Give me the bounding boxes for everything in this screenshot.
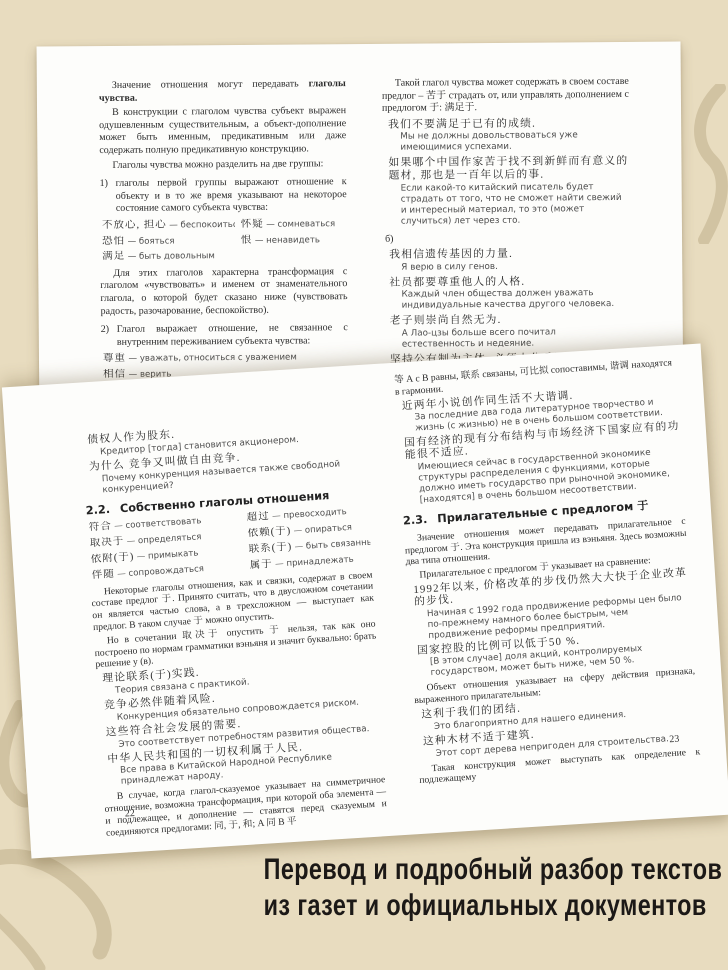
paragraph-text: Значение отношения могут передавать bbox=[112, 78, 309, 91]
paragraph: Значение отношения могут передавать глаг… bbox=[99, 78, 346, 105]
hanzi-term: 相信 bbox=[103, 369, 126, 380]
vocab-entry: 尊重 — уважать, относиться с уважением bbox=[103, 351, 348, 366]
russian-translation: — примыкать bbox=[136, 548, 198, 562]
russian-translation: — определяться bbox=[126, 532, 201, 547]
russian-translation: — сопровождаться bbox=[117, 564, 204, 579]
page-23-column: 等 А с В равны, 联系 связаны, 可比拟 сопостави… bbox=[394, 357, 704, 821]
russian-translation: — опираться bbox=[293, 523, 352, 537]
list-number: 2) bbox=[101, 324, 117, 349]
hanzi-term: 联系(于) bbox=[248, 542, 292, 556]
book-page-bottom: 债权人作为股东. Кредитор [тогда] становится акц… bbox=[2, 343, 728, 858]
hanzi-sentence: 我相信遗传基因的力量. bbox=[389, 247, 630, 261]
russian-translation: — быть довольным bbox=[128, 251, 215, 262]
page-number-22: 22 bbox=[125, 808, 136, 820]
example: 国有经济的现有分布结构与市场经济下国家应有的功能很不适应. Имеющиеся … bbox=[400, 421, 684, 507]
vocab-list: 不放心, 担心 — беспокоиться 怀疑 — сомневаться … bbox=[102, 218, 347, 264]
paragraph: Глаголы чувства можно разделить на две г… bbox=[99, 158, 346, 173]
russian-translation: — сомневаться bbox=[266, 219, 335, 230]
russian-translation: — быть связанным с bbox=[294, 537, 370, 553]
list-text: Глагол выражает отношение, не связанное … bbox=[117, 322, 348, 349]
russian-translation: Если какой-то китайский писатель будет с… bbox=[401, 181, 630, 227]
hanzi-term: 依赖(于) bbox=[247, 526, 291, 540]
russian-translation: — бояться bbox=[128, 236, 175, 246]
list-item-2: 2) Глагол выражает отношение, не связанн… bbox=[101, 322, 348, 349]
hanzi-term: 依附(于) bbox=[91, 551, 135, 565]
russian-translation: — ненавидеть bbox=[255, 235, 320, 246]
vocab-entry: 怀疑 — сомневаться bbox=[241, 218, 347, 231]
russian-translation: — соответствовать bbox=[114, 517, 202, 532]
page-number-23: 23 bbox=[669, 734, 680, 746]
hanzi-term: 不放心, 担心 bbox=[102, 219, 167, 231]
hanzi-term: 满足 bbox=[102, 251, 125, 262]
hanzi-term: 伴随 bbox=[92, 569, 116, 581]
paragraph: Для этих глаголов характерна трансформац… bbox=[100, 266, 347, 318]
example: 我相信遗传基因的力量. Я верю в силу генов. bbox=[385, 247, 630, 274]
caption-line-2: из газет и официальных документов bbox=[264, 888, 673, 924]
vocab-entry: 恨 — ненавидеть bbox=[241, 234, 347, 247]
calligraphy-watermark-right bbox=[690, 84, 728, 244]
hanzi-sentence: 如果哪个中国作家苦于找不到新鲜而有意义的题材, 那也是一百年以后的事. bbox=[388, 155, 629, 182]
hanzi-sentence: 社员都要尊重他人的人格. bbox=[389, 275, 630, 289]
hanzi-sentence: 我们不要满足于已有的成绩. bbox=[388, 117, 629, 131]
vocab-entry: 满足 — быть довольным bbox=[102, 250, 235, 264]
promo-image: Значение отношения могут передавать глаг… bbox=[0, 0, 728, 970]
russian-translation: — беспокоиться bbox=[169, 220, 235, 231]
example: 老子则崇尚自然无为. А Лао-цзы больше всего почита… bbox=[386, 313, 631, 351]
russian-translation: — уважать, относиться с уважением bbox=[128, 353, 296, 364]
russian-translation: Мы не должны довольствоваться уже имеющи… bbox=[400, 130, 629, 154]
russian-translation: — принадлежать bbox=[275, 554, 354, 569]
promo-caption: Перевод и подробный разбор текстов из га… bbox=[264, 852, 673, 924]
example: 如果哪个中国作家苦于找不到新鲜而有意义的题材, 那也是一百年以后的事. Если… bbox=[384, 155, 630, 227]
list-number: 1) bbox=[100, 178, 116, 216]
russian-translation: — превосходить bbox=[272, 507, 347, 522]
example: 社员都要尊重他人的人格. Каждый член общества должен… bbox=[385, 275, 630, 313]
example: 我们不要满足于已有的成绩. Мы не должны довольствоват… bbox=[384, 117, 629, 155]
page-bottom-columns: 债权人作为股东. Кредитор [тогда] становится акц… bbox=[2, 343, 728, 846]
hanzi-term: 恨 bbox=[241, 234, 253, 245]
list-text: глаголы первой группы выражают отношение… bbox=[116, 176, 347, 216]
paragraph: В конструкции с глаголом чувства субъект… bbox=[99, 105, 346, 157]
hanzi-sentence: 老子则崇尚自然无为. bbox=[390, 313, 631, 327]
section-number: 2.2. bbox=[85, 502, 110, 517]
russian-translation: Каждый член общества должен уважать инди… bbox=[401, 288, 630, 312]
hanzi-term: 属于 bbox=[249, 559, 273, 571]
section-number: 2.3. bbox=[403, 513, 428, 528]
page-22-column: 债权人作为股东. Кредитор [тогда] становится акц… bbox=[81, 415, 388, 841]
hanzi-term: 取决于 bbox=[90, 536, 125, 549]
russian-translation: А Лао-цзы больше всего почитал естествен… bbox=[402, 327, 631, 351]
caption-line-1: Перевод и подробный разбор текстов bbox=[264, 852, 673, 888]
list-item-1: 1) глаголы первой группы выражают отноше… bbox=[100, 176, 347, 216]
russian-translation: Я верю в силу генов. bbox=[401, 261, 630, 274]
hanzi-term: 怀疑 bbox=[241, 219, 264, 230]
sub-list-label: б) bbox=[385, 231, 630, 246]
vocab-entry: 不放心, 担心 — беспокоиться bbox=[102, 219, 235, 233]
hanzi-term: 超过 bbox=[246, 511, 270, 523]
hanzi-term: 尊重 bbox=[103, 353, 126, 364]
paragraph: Такой глагол чувства может содержать в с… bbox=[382, 76, 629, 116]
hanzi-term: 恐怕 bbox=[102, 235, 125, 246]
vocab-entry: 恐怕 — бояться bbox=[102, 235, 235, 249]
hanzi-term: 符合 bbox=[89, 521, 113, 533]
